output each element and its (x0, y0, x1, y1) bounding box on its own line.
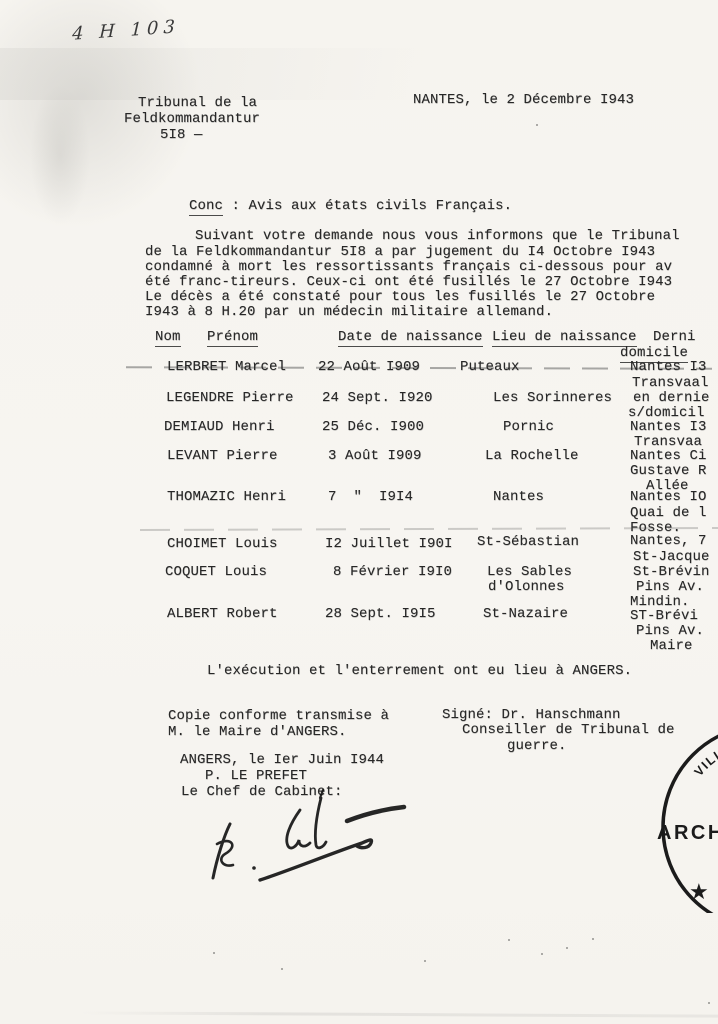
row8-name: ALBERT Robert (167, 607, 278, 622)
row5-place: Nantes (493, 490, 544, 505)
row1-domicile: Transvaal (632, 376, 709, 391)
signed-line3: guerre. (507, 739, 567, 754)
body-line: été franc-tireurs. Ceux-ci ont été fusil… (145, 275, 672, 290)
stamp-star-icon: ★ (689, 879, 709, 904)
body-line: Le décès a été constaté pour tous les fu… (145, 290, 655, 305)
row6-name: CHOIMET Louis (167, 537, 278, 552)
row1-domicile: Nantes I3 (630, 360, 707, 375)
body-line: condamné à mort les ressortissants franç… (145, 260, 672, 275)
table-header-prenom: Prénom (207, 330, 258, 347)
signed-line1: Signé: Dr. Hanschmann (442, 708, 621, 723)
document-page: 4 H 103 Tribunal de la Feldkommandantur … (0, 0, 718, 1024)
row4-domicile: Nantes Ci (630, 449, 707, 464)
row1-name: LERBRET Marcel (167, 360, 286, 375)
body-line: I943 à 8 H.20 par un médecin militaire a… (145, 305, 553, 320)
body-line: de la Feldkommandantur 5I8 a par jugemen… (145, 245, 655, 260)
scan-speck (281, 968, 283, 970)
issue-dateline: ANGERS, le Ier Juin I944 (180, 753, 384, 768)
row6-date: I2 Juillet I90I (325, 537, 453, 552)
row2-date: 24 Sept. I920 (322, 391, 433, 406)
signature-handwritten (190, 788, 420, 903)
subject-line: Conc : Avis aux états civils Français. (155, 184, 512, 231)
row5-domicile: Quai de l (630, 506, 707, 521)
scan-shadow-left-streak (30, 85, 90, 225)
row8-date: 28 Sept. I9I5 (325, 607, 436, 622)
table-header-dernier: Derni (653, 330, 696, 345)
row7-domicile: Pins Av. (636, 580, 704, 595)
scan-speck (708, 1002, 710, 1004)
row7-name: COQUET Louis (165, 565, 267, 580)
archive-stamp: VILLE D' ARCH ★ (645, 733, 718, 913)
row3-place: Pornic (503, 420, 554, 435)
row7-domicile: St-Brévin (633, 565, 710, 580)
stamp-arc-text: VILLE D' (692, 735, 718, 779)
scan-speck (536, 124, 538, 126)
signed-line2: Conseiller de Tribunal de (462, 723, 675, 738)
letterhead-line3: 5I8 — (160, 128, 203, 143)
closing-sentence: L'exécution et l'enterrement ont eu lieu… (207, 664, 632, 679)
row4-name: LEVANT Pierre (167, 449, 278, 464)
table-header-lieu-naissance: Lieu de naissance (492, 330, 637, 347)
scan-speck (508, 939, 510, 941)
copy-note-line1: Copie conforme transmise à (168, 709, 389, 724)
row8-domicile: Maire (650, 639, 693, 654)
issue-prefet: P. LE PREFET (205, 769, 307, 784)
archive-note-handwritten: 4 H 103 (72, 16, 180, 45)
row6-domicile: St-Jacque (633, 550, 710, 565)
scan-speck (541, 953, 543, 955)
scan-speck (592, 938, 594, 940)
row3-name: DEMIAUD Henri (164, 420, 275, 435)
copy-note-line2: M. le Maire d'ANGERS. (168, 725, 347, 740)
scan-speck (213, 952, 215, 954)
row8-domicile: Pins Av. (636, 624, 704, 639)
row8-domicile: ST-Brévi (630, 609, 698, 624)
scan-speck (424, 960, 426, 962)
row1-date: 22 Août I909 (318, 360, 420, 375)
table-header-nom: Nom (155, 330, 181, 347)
row2-domicile: en dernie (633, 391, 710, 406)
row7-place: Les Sables (487, 565, 572, 580)
dateline: NANTES, le 2 Décembre I943 (413, 93, 634, 108)
row6-domicile: Nantes, 7 (630, 534, 707, 549)
row2-place: Les Sorinneres (493, 391, 612, 406)
row7-date: 8 Février I9I0 (333, 565, 452, 580)
body-line: Suivant votre demande nous vous informon… (195, 229, 680, 244)
stamp-center-text: ARCH (657, 822, 718, 844)
row4-place: La Rochelle (485, 449, 579, 464)
letterhead-line1: Tribunal de la (138, 96, 257, 111)
row4-date: 3 Août I909 (328, 449, 422, 464)
table-header-date-naissance: Date de naissance (338, 330, 483, 347)
letterhead-line2: Feldkommandantur (124, 112, 260, 127)
subject-label: Conc (189, 199, 223, 216)
row5-domicile: Nantes IO (630, 490, 707, 505)
row8-place: St-Nazaire (483, 607, 568, 622)
row5-name: THOMAZIC Henri (167, 490, 286, 505)
row2-name: LEGENDRE Pierre (166, 391, 294, 406)
subject-text: : Avis aux états civils Français. (223, 198, 512, 214)
row3-domicile: Nantes I3 (630, 420, 707, 435)
row7-place: d'Olonnes (488, 580, 565, 595)
row6-place: St-Sébastian (477, 535, 579, 550)
scan-speck (566, 947, 568, 949)
scan-fold-bottom (80, 1011, 718, 1017)
row3-date: 25 Déc. I900 (322, 420, 424, 435)
row1-place: Puteaux (460, 360, 520, 375)
row4-domicile: Gustave R (630, 464, 707, 479)
row5-date: 7 " I9I4 (328, 490, 413, 505)
